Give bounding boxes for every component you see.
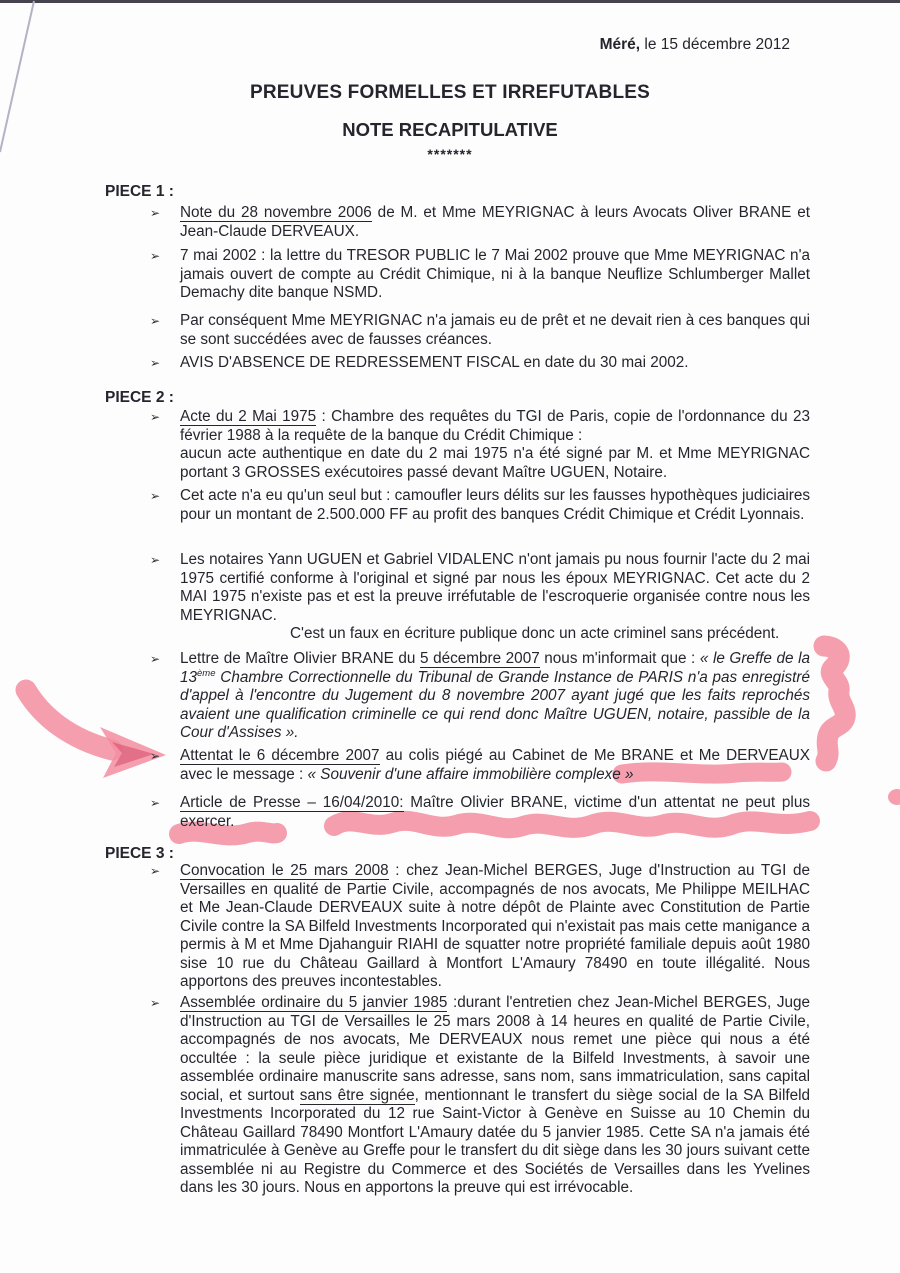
bullet-text: 7 mai 2002 : la lettre du TRESOR PUBLIC … bbox=[180, 247, 810, 303]
arrow-bullet-icon: ➢ bbox=[150, 551, 180, 644]
text-segment: 5 décembre 2007 bbox=[420, 650, 540, 668]
document-subtitle: NOTE RECAPITULATIVE bbox=[0, 119, 900, 141]
bullet-text: Convocation le 25 mars 2008 : chez Jean-… bbox=[180, 862, 810, 992]
date-text: le 15 décembre 2012 bbox=[640, 36, 790, 53]
text-segment: Lettre de Maître Olivier BRANE du bbox=[180, 650, 420, 667]
text-segment: Article de Presse – 16/04/2010: bbox=[180, 794, 404, 812]
text-segment: 7 mai 2002 : la lettre du TRESOR PUBLIC … bbox=[180, 247, 810, 301]
arrow-bullet-icon: ➢ bbox=[150, 312, 180, 349]
text-segment: Attentat le 6 décembre 2007 bbox=[180, 747, 380, 765]
bullet-text: Lettre de Maître Olivier BRANE du 5 déce… bbox=[180, 650, 810, 743]
bullet-text: Les notaires Yann UGUEN et Gabriel VIDAL… bbox=[180, 551, 810, 644]
arrow-bullet-icon: ➢ bbox=[150, 794, 180, 831]
bullet-text: Par conséquent Mme MEYRIGNAC n'a jamais … bbox=[180, 312, 810, 349]
date-line: Méré, le 15 décembre 2012 bbox=[600, 36, 790, 54]
bullet-text: Acte du 2 Mai 1975 : Chambre des requête… bbox=[180, 408, 810, 482]
section-heading: PIECE 2 : bbox=[105, 389, 174, 407]
text-segment: : chez Jean-Michel BERGES, Juge d'Instru… bbox=[180, 862, 810, 990]
arrow-bullet-icon: ➢ bbox=[150, 408, 180, 482]
text-segment: Cet acte n'a eu qu'un seul but : camoufl… bbox=[180, 487, 810, 523]
text-segment: Par conséquent Mme MEYRIGNAC n'a jamais … bbox=[180, 312, 810, 348]
bullet-item: ➢Article de Presse – 16/04/2010: Maître … bbox=[150, 794, 810, 831]
bullet-item: ➢Acte du 2 Mai 1975 : Chambre des requêt… bbox=[150, 408, 810, 482]
bullet-text: Cet acte n'a eu qu'un seul but : camoufl… bbox=[180, 487, 810, 524]
text-segment: C'est un faux en écriture publique donc … bbox=[180, 625, 810, 644]
bullet-item: ➢Lettre de Maître Olivier BRANE du 5 déc… bbox=[150, 650, 810, 743]
bullet-item: ➢Assemblée ordinaire du 5 janvier 1985 :… bbox=[150, 994, 810, 1198]
arrow-bullet-icon: ➢ bbox=[150, 247, 180, 303]
bullet-text: AVIS D'ABSENCE DE REDRESSEMENT FISCAL en… bbox=[180, 354, 810, 373]
arrow-bullet-icon: ➢ bbox=[150, 650, 180, 743]
arrow-bullet-icon: ➢ bbox=[150, 747, 180, 784]
bullet-item: ➢Par conséquent Mme MEYRIGNAC n'a jamais… bbox=[150, 312, 810, 349]
text-segment: sans être signée bbox=[300, 1087, 415, 1105]
arrow-bullet-icon: ➢ bbox=[150, 862, 180, 992]
bullet-item: ➢AVIS D'ABSENCE DE REDRESSEMENT FISCAL e… bbox=[150, 354, 810, 373]
text-segment: Acte du 2 Mai 1975 bbox=[180, 408, 316, 426]
date-place: Méré, bbox=[600, 36, 641, 53]
section-heading: PIECE 3 : bbox=[105, 845, 174, 863]
document-page: Méré, le 15 décembre 2012 PREUVES FORMEL… bbox=[0, 0, 900, 1273]
separator-stars: ******* bbox=[0, 146, 900, 162]
bullet-text: Article de Presse – 16/04/2010: Maître O… bbox=[180, 794, 810, 831]
text-segment: nous m'informait que : bbox=[540, 650, 700, 667]
text-segment: ème bbox=[197, 667, 215, 678]
arrow-bullet-icon: ➢ bbox=[150, 994, 180, 1198]
bullet-text: Assemblée ordinaire du 5 janvier 1985 :d… bbox=[180, 994, 810, 1198]
bullet-item: ➢Cet acte n'a eu qu'un seul but : camouf… bbox=[150, 487, 810, 524]
document-title: PREUVES FORMELLES ET IRREFUTABLES bbox=[0, 82, 900, 104]
arrow-bullet-icon: ➢ bbox=[150, 204, 180, 241]
text-segment: aucun acte authentique en date du 2 mai … bbox=[180, 445, 810, 481]
arrow-bullet-icon: ➢ bbox=[150, 487, 180, 524]
bullet-text: Attentat le 6 décembre 2007 au colis pié… bbox=[180, 747, 810, 784]
bullet-item: ➢Convocation le 25 mars 2008 : chez Jean… bbox=[150, 862, 810, 992]
bullet-text: Note du 28 novembre 2006 de M. et Mme ME… bbox=[180, 204, 810, 241]
text-segment: AVIS D'ABSENCE DE REDRESSEMENT FISCAL en… bbox=[180, 354, 689, 371]
section-heading: PIECE 1 : bbox=[105, 183, 174, 201]
arrow-bullet-icon: ➢ bbox=[150, 354, 180, 373]
document-content: Méré, le 15 décembre 2012 PREUVES FORMEL… bbox=[0, 0, 900, 1273]
bullet-item: ➢Attentat le 6 décembre 2007 au colis pi… bbox=[150, 747, 810, 784]
text-segment: « Souvenir d'une affaire immobilière com… bbox=[308, 766, 634, 783]
text-segment: Assemblée ordinaire du 5 janvier 1985 bbox=[180, 994, 447, 1012]
text-segment: Convocation le 25 mars 2008 bbox=[180, 862, 389, 880]
bullet-item: ➢7 mai 2002 : la lettre du TRESOR PUBLIC… bbox=[150, 247, 810, 303]
text-segment: Chambre Correctionnelle du Tribunal de G… bbox=[180, 669, 810, 742]
text-segment: Les notaires Yann UGUEN et Gabriel VIDAL… bbox=[180, 551, 810, 624]
text-segment: Note du 28 novembre 2006 bbox=[180, 204, 372, 222]
bullet-item: ➢Les notaires Yann UGUEN et Gabriel VIDA… bbox=[150, 551, 810, 644]
bullet-item: ➢Note du 28 novembre 2006 de M. et Mme M… bbox=[150, 204, 810, 241]
